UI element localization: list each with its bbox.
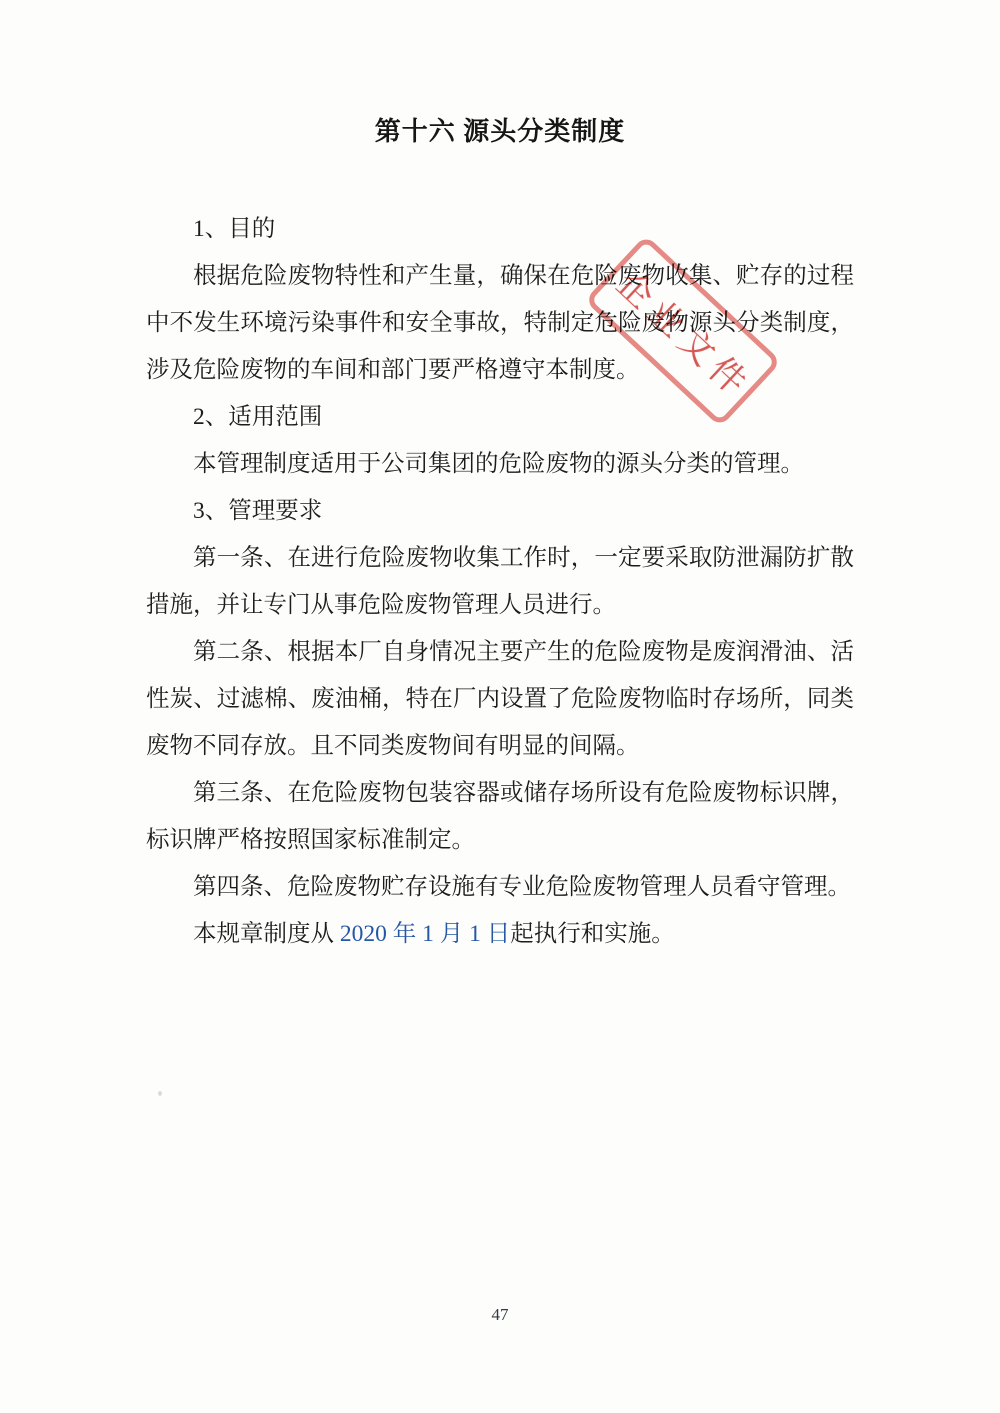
paragraph-effective-date: 本规章制度从 2020 年 1 月 1 日起执行和实施。	[146, 911, 854, 958]
scan-speck	[158, 1091, 162, 1096]
paragraph-article-2: 第二条、根据本厂自身情况主要产生的危险废物是废润滑油、活性炭、过滤棉、废油桶，特…	[146, 629, 854, 770]
effective-date: 2020 年 1 月 1 日	[340, 921, 510, 947]
section-heading-requirements: 3、管理要求	[146, 488, 854, 535]
paragraph-scope: 本管理制度适用于公司集团的危险废物的源头分类的管理。	[146, 441, 854, 488]
paragraph-purpose: 根据危险废物特性和产生量，确保在危险废物收集、贮存的过程中不发生环境污染事件和安…	[146, 253, 854, 394]
page-title: 第十六 源头分类制度	[0, 112, 1000, 152]
section-heading-scope: 2、适用范围	[146, 394, 854, 441]
page-number: 47	[0, 1305, 1000, 1325]
section-heading-purpose: 1、目的	[146, 206, 854, 253]
paragraph-article-4: 第四条、危险废物贮存设施有专业危险废物管理人员看守管理。	[146, 864, 854, 911]
date-line-prefix: 本规章制度从	[193, 921, 340, 947]
paragraph-article-1: 第一条、在进行危险废物收集工作时，一定要采取防泄漏防扩散措施，并让专门从事危险废…	[146, 535, 854, 629]
date-line-suffix: 起执行和实施。	[510, 921, 675, 947]
document-body: 1、目的 根据危险废物特性和产生量，确保在危险废物收集、贮存的过程中不发生环境污…	[146, 206, 854, 958]
document-page: 第十六 源头分类制度 1、目的 根据危险废物特性和产生量，确保在危险废物收集、贮…	[0, 0, 1000, 1413]
paragraph-article-3: 第三条、在危险废物包装容器或储存场所设有危险废物标识牌，标识牌严格按照国家标准制…	[146, 770, 854, 864]
